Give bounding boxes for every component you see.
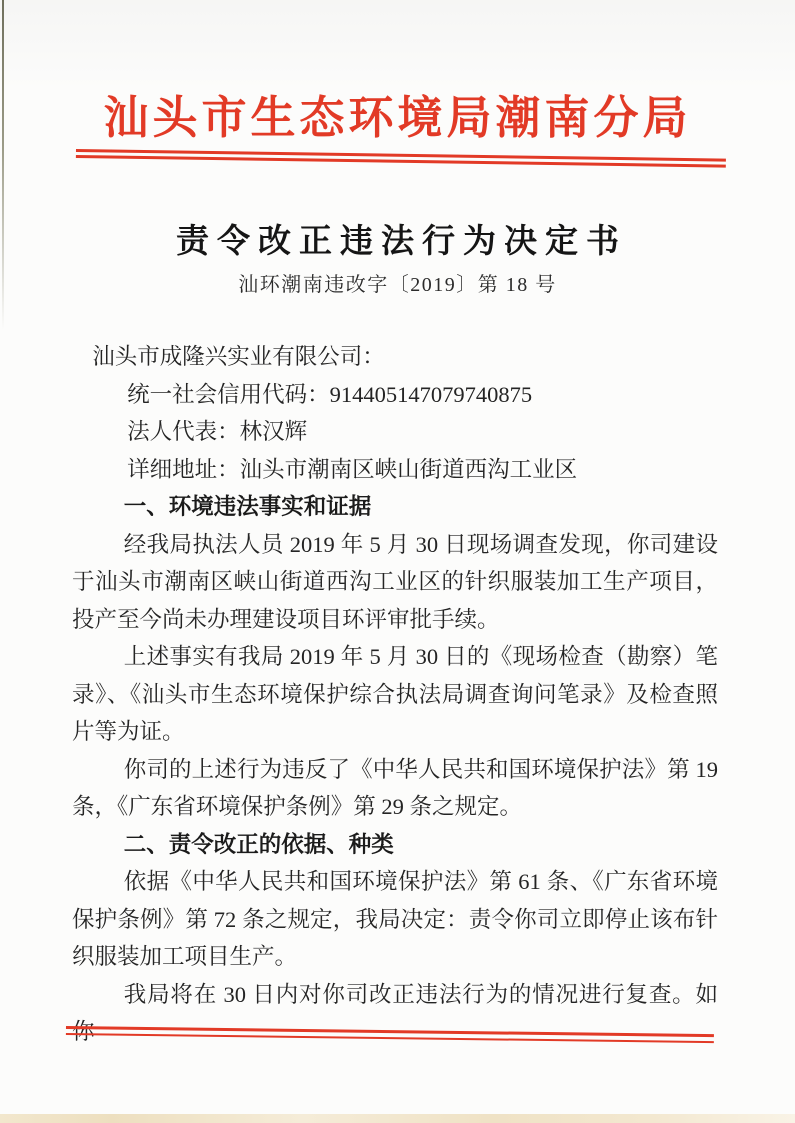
document-body: 汕头市成隆兴实业有限公司： 统一社会信用代码：91440514707974087… [72, 338, 718, 1051]
letterhead-divider-rule [76, 149, 726, 168]
paragraph-inspection-findings: 经我局执法人员 2019 年 5 月 30 日现场调查发现，你司建设于汕头市潮南… [72, 526, 718, 639]
document-number: 汕环潮南违改字〔2019〕第 18 号 [0, 268, 795, 297]
paragraph-evidence: 上述事实有我局 2019 年 5 月 30 日的《现场检查（勘察）笔录》、《汕头… [72, 638, 718, 751]
address-line: 详细地址：汕头市潮南区峡山街道西沟工业区 [72, 451, 718, 489]
legal-representative-line: 法人代表：林汉辉 [72, 413, 718, 451]
scan-bottom-edge [0, 1114, 795, 1123]
credit-code-line: 统一社会信用代码：914405147079740875 [72, 376, 718, 414]
section-heading-facts: 一、环境违法事实和证据 [72, 488, 718, 526]
paragraph-violated-laws: 你司的上述行为违反了《中华人民共和国环境保护法》第 19 条，《广东省环境保护条… [72, 751, 718, 826]
agency-letterhead: 汕头市生态环境局潮南分局 [0, 94, 795, 144]
recipient-line: 汕头市成隆兴实业有限公司： [72, 338, 718, 376]
document-title: 责令改正违法行为决定书 [0, 215, 795, 262]
paragraph-decision: 依据《中华人民共和国环境保护法》第 61 条、《广东省环境保护条例》第 72 条… [72, 863, 718, 976]
section-heading-basis: 二、责令改正的依据、种类 [72, 826, 718, 864]
scanned-document-page: 汕头市生态环境局潮南分局 责令改正违法行为决定书 汕环潮南违改字〔2019〕第 … [0, 0, 795, 1123]
